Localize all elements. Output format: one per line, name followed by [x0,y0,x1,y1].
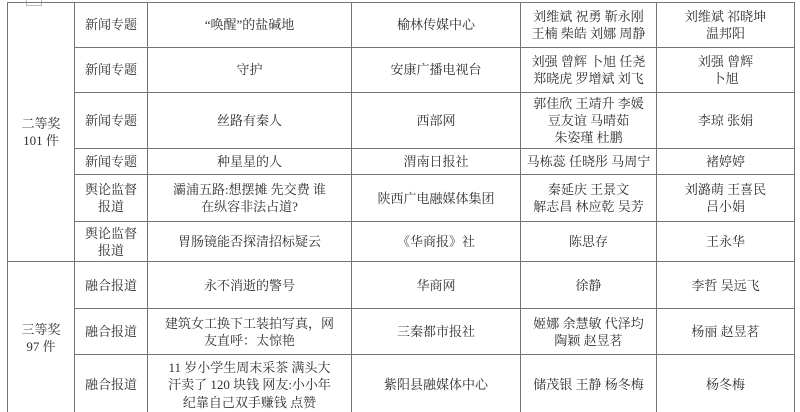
cell-category: 新闻专题 [75,3,148,48]
cell-authors: 秦延庆 王景文 解志昌 林应乾 吴芳 [521,175,657,222]
table-row: 舆论监督 报道 胃肠镜能否探清招标疑云 《华商报》社 陈思存 王永华 [8,222,795,262]
cell-category: 新闻专题 [75,48,148,93]
cell-organization: 安康广播电视台 [352,48,521,93]
cell-title: 胃肠镜能否探清招标疑云 [148,222,352,262]
cell-authors: 储茂银 王静 杨冬梅 [521,355,657,412]
table-row: 新闻专题 守护 安康广播电视台 刘强 曾辉 卜旭 任尧 郑晓虎 罗增斌 刘飞 刘… [8,48,795,93]
cell-category: 融合报道 [75,309,148,355]
cell-category: 融合报道 [75,355,148,412]
cell-editors: 刘强 曾辉 卜旭 [657,48,795,93]
cell-authors: 陈思存 [521,222,657,262]
cell-category: 舆论监督 报道 [75,222,148,262]
table-row: 三等奖 97 件 融合报道 永不消逝的警号 华商网 徐静 李哲 吴远飞 [8,262,795,309]
cell-category: 新闻专题 [75,149,148,175]
table-row: 新闻专题 种星星的人 渭南日报社 马栋蕊 任晓彤 马周宁 褚婷婷 [8,149,795,175]
cell-title: 种星星的人 [148,149,352,175]
cell-organization: 渭南日报社 [352,149,521,175]
cell-category: 融合报道 [75,262,148,309]
cell-category: 新闻专题 [75,93,148,149]
cell-editors: 李琼 张娟 [657,93,795,149]
cell-editors: 褚婷婷 [657,149,795,175]
table-row: 融合报道 建筑女工换下工装拍写真，网 友直呼：太惊艳 三秦都市报社 姬娜 余慧敏… [8,309,795,355]
table-row: 新闻专题 丝路有秦人 西部网 郭佳欣 王靖升 李媛 豆友谊 马晴茹 朱姿瑾 杜鹏… [8,93,795,149]
cell-organization: 三秦都市报社 [352,309,521,355]
cell-organization: 《华商报》社 [352,222,521,262]
cell-organization: 华商网 [352,262,521,309]
cell-editors: 杨冬梅 [657,355,795,412]
table-row: 舆论监督 报道 灞浦五路:想摆摊 先交费 谁 在纵容非法占道? 陕西广电融媒体集… [8,175,795,222]
table-row: 二等奖 101 件 新闻专题 “唤醒”的盐碱地 榆林传媒中心 刘维斌 祝勇 靳永… [8,3,795,48]
awards-table: 二等奖 101 件 新闻专题 “唤醒”的盐碱地 榆林传媒中心 刘维斌 祝勇 靳永… [7,2,795,412]
cell-editors: 杨丽 赵昱茗 [657,309,795,355]
cell-organization: 紫阳县融媒体中心 [352,355,521,412]
cell-authors: 徐静 [521,262,657,309]
cell-authors: 刘强 曾辉 卜旭 任尧 郑晓虎 罗增斌 刘飞 [521,48,657,93]
document-page: 二等奖 101 件 新闻专题 “唤醒”的盐碱地 榆林传媒中心 刘维斌 祝勇 靳永… [0,0,800,412]
award-group-third-prize: 三等奖 97 件 [8,262,75,412]
cell-category: 舆论监督 报道 [75,175,148,222]
cell-organization: 西部网 [352,93,521,149]
award-group-second-prize: 二等奖 101 件 [8,3,75,262]
cell-title: 灞浦五路:想摆摊 先交费 谁 在纵容非法占道? [148,175,352,222]
cell-title: 11 岁小学生周末采茶 满头大 汗卖了 120 块钱 网友:小小年 纪靠自己双手… [148,355,352,412]
cell-authors: 刘维斌 祝勇 靳永刚 王楠 柴皓 刘娜 周静 [521,3,657,48]
cell-title: 守护 [148,48,352,93]
cell-title: 丝路有秦人 [148,93,352,149]
cell-authors: 郭佳欣 王靖升 李媛 豆友谊 马晴茹 朱姿瑾 杜鹏 [521,93,657,149]
cell-authors: 姬娜 余慧敏 代泽均 陶颖 赵昱茗 [521,309,657,355]
cell-editors: 李哲 吴远飞 [657,262,795,309]
cell-title: 永不消逝的警号 [148,262,352,309]
cell-title: 建筑女工换下工装拍写真，网 友直呼：太惊艳 [148,309,352,355]
cell-organization: 榆林传媒中心 [352,3,521,48]
cell-authors: 马栋蕊 任晓彤 马周宁 [521,149,657,175]
cell-title: “唤醒”的盐碱地 [148,3,352,48]
table-row: 融合报道 11 岁小学生周末采茶 满头大 汗卖了 120 块钱 网友:小小年 纪… [8,355,795,412]
cell-editors: 王永华 [657,222,795,262]
cell-editors: 刘潞萌 王喜民 吕小娟 [657,175,795,222]
cell-editors: 刘维斌 祁晓坤 温邦阳 [657,3,795,48]
cell-organization: 陕西广电融媒体集团 [352,175,521,222]
